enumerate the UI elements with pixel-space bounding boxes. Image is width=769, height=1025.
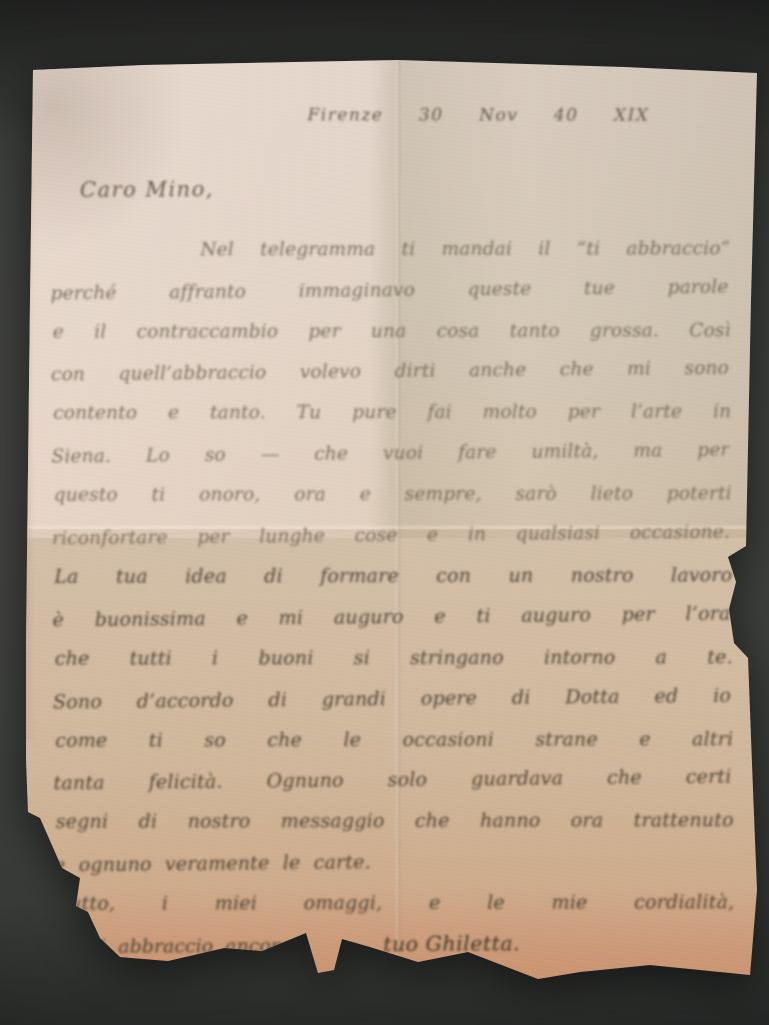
closing-row: ti abbraccio ancora tuo Ghiletta. [54, 921, 732, 966]
handwritten-line: è buonissima e mi auguro e ti auguro per… [52, 594, 730, 642]
closing-phrase: ti abbraccio ancora [92, 925, 291, 967]
handwritten-line: contento e tanto. Tu pure fai molto per … [53, 392, 731, 434]
signature: tuo Ghiletta. [383, 923, 520, 965]
handwritten-line: Siena. Lo so — che vuoi fare umiltà, ma … [51, 431, 729, 479]
handwritten-letter: Firenze 30 Nov 40 XIX Caro Mino, Nel tel… [39, 78, 744, 982]
handwritten-line: La tua idea di formare con un nostro lav… [54, 556, 732, 598]
paper-sheet: Firenze 30 Nov 40 XIX Caro Mino, Nel tel… [24, 60, 758, 980]
handwritten-line: Sono d’accordo di grandi opere di Dotta … [53, 675, 731, 723]
handwritten-line: che tutti i buoni si stringano intorno a… [55, 637, 733, 679]
handwritten-line: come ti so che le occasioni strane e alt… [55, 719, 733, 761]
salutation: Caro Mino, [80, 177, 214, 202]
handwritten-line: e ognuno veramente le carte. [54, 839, 732, 887]
letter-body: Nel telegramma ti mandai il “ti abbracci… [50, 228, 732, 966]
date-line: Firenze 30 Nov 40 XIX [307, 105, 649, 125]
handwritten-line: segni di nostro messaggio che hanno ora … [56, 800, 734, 842]
handwritten-line: Tutto, i miei omaggi, e le mie cordialit… [56, 882, 734, 924]
handwritten-line: questo ti onoro, ora e sempre, sarò liet… [54, 474, 732, 516]
letter-photograph: Firenze 30 Nov 40 XIX Caro Mino, Nel tel… [0, 0, 769, 1025]
left-edge-tint [24, 180, 34, 740]
handwritten-line: Nel telegramma ti mandai il “ti abbracci… [52, 229, 730, 271]
handwritten-line: tanta felicità. Ognuno solo guardava che… [53, 757, 731, 805]
handwritten-line: riconfortare per lunghe cose e in qualsi… [52, 512, 730, 560]
handwritten-line: con quell’abbraccio volevo dirti anche c… [51, 349, 729, 397]
handwritten-line: e il contraccambio per una cosa tanto gr… [53, 311, 731, 353]
torn-paper: Firenze 30 Nov 40 XIX Caro Mino, Nel tel… [24, 60, 758, 980]
handwritten-line: perché affranto immaginavo queste tue pa… [50, 267, 728, 315]
